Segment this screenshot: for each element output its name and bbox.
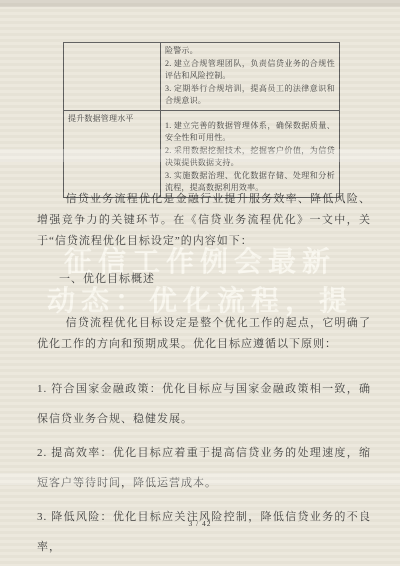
overview-paragraph: 信贷流程优化目标设定是整个优化工作的起点，它明确了优化工作的方向和预期成果。优化… [37, 313, 371, 355]
table-cell-line: 2. 采用数据挖掘技术，挖掘客户价值，为信贷决策提供数据支持。 [165, 145, 335, 170]
table-row-label: 提升数据管理水平 [64, 110, 161, 197]
table-row-content: 险警示。 2. 建立合规管理团队，负责信贷业务的合规性评估和风险控制。 3. 定… [161, 43, 340, 111]
principle-item-3: 3. 降低风险：优化目标应关注风险控制，降低信贷业务的不良率， [37, 502, 371, 562]
document-page: 征信工作例会最新 动态：优化流程，提 险警示。 2. 建立合规管理团队，负责信贷… [0, 0, 400, 566]
table-row: 险警示。 2. 建立合规管理团队，负责信贷业务的合规性评估和风险控制。 3. 定… [64, 43, 340, 111]
principle-item-2: 2. 提高效率：优化目标应着重于提高信贷业务的处理速度，缩短客户等待时间，降低运… [37, 438, 371, 498]
table-row-content: 1. 建立完善的数据管理体系，确保数据质量、安全性和可用性。 2. 采用数据挖掘… [161, 110, 340, 197]
content-table: 险警示。 2. 建立合规管理团队，负责信贷业务的合规性评估和风险控制。 3. 定… [63, 42, 340, 198]
table-cell-line: 3. 定期举行合规培训，提高员工的法律意识和合规意识。 [165, 83, 335, 108]
scan-artifact-band-top [0, 0, 400, 7]
table-row: 提升数据管理水平 1. 建立完善的数据管理体系，确保数据质量、安全性和可用性。 … [64, 110, 340, 197]
table-cell-line: 2. 建立合规管理团队，负责信贷业务的合规性评估和风险控制。 [165, 58, 335, 83]
table-row-label-empty [64, 43, 161, 111]
section-heading: 一、优化目标概述 [37, 272, 371, 287]
intro-paragraph: 信贷业务流程优化是金融行业提升服务效率、降低风险、增强竞争力的关键环节。在《信贷… [37, 189, 371, 252]
principle-item-1: 1. 符合国家金融政策：优化目标应与国家金融政策相一致，确保信贷业务合规、稳健发… [37, 374, 371, 434]
table-cell-line: 1. 建立完善的数据管理体系，确保数据质量、安全性和可用性。 [165, 120, 335, 145]
page-number: 3 / 42 [0, 519, 400, 528]
table-cell-line: 险警示。 [165, 45, 335, 58]
